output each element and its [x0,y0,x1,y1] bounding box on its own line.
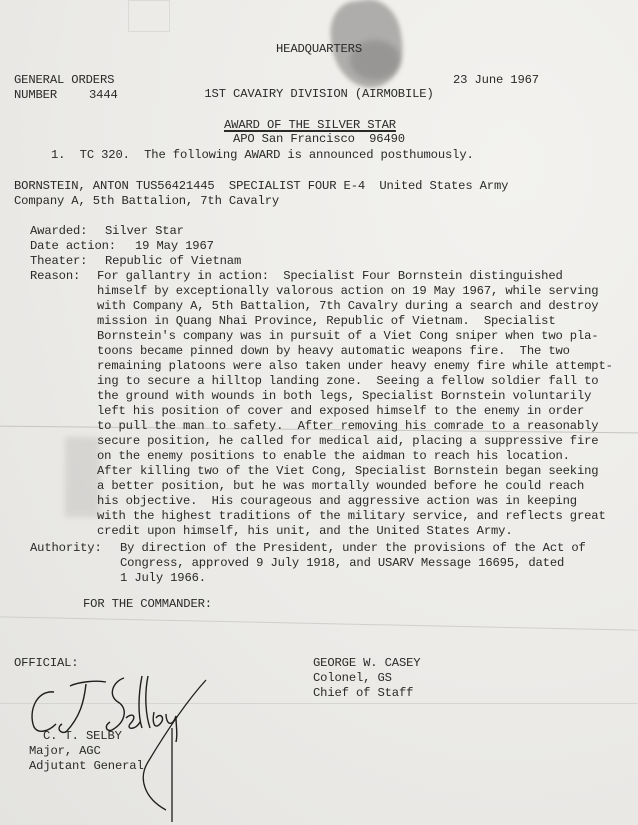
orders-number-label: NUMBER [14,88,57,103]
recipient-line-1: BORNSTEIN, ANTON TUS56421445 SPECIALIST … [14,179,508,194]
authority-line: By direction of the President, under the… [120,541,586,556]
signer-name: GEORGE W. CASEY [313,656,420,671]
scan-shadow [65,437,100,517]
date-action-label: Date action: [30,239,116,254]
reason-line: on the enemy positions to enable the aid… [97,449,613,464]
reason-line: with the highest traditions of the milit… [97,509,613,524]
reason-line: to pull the man to safety. After removin… [97,419,613,434]
reason-line: toons became pinned down by heavy automa… [97,344,613,359]
general-orders-label: GENERAL ORDERS [14,73,114,88]
awarded-value: Silver Star [105,224,184,239]
orders-date: 23 June 1967 [453,73,539,88]
reason-label: Reason: [30,269,80,284]
reason-line: For gallantry in action: Specialist Four… [97,269,613,284]
theater-value: Republic of Vietnam [105,254,241,269]
awarded-label: Awarded: [30,224,87,239]
reason-line: the ground with wounds in both legs, Spe… [97,389,613,404]
reason-line: After killing two of the Viet Cong, Spec… [97,464,613,479]
authority-line: 1 July 1966. [120,571,586,586]
authority-line: Congress, approved 9 July 1918, and USAR… [120,556,586,571]
official-rank: Major, AGC [29,744,101,759]
reason-line: with Company A, 5th Battalion, 7th Caval… [97,299,613,314]
paper-fold [0,616,638,630]
for-the-commander: FOR THE COMMANDER: [83,597,212,612]
recipient-line-2: Company A, 5th Battalion, 7th Cavalry [14,194,279,209]
reason-line: credit upon himself, his unit, and the U… [97,524,613,539]
reason-line: a better position, but he was mortally w… [97,479,613,494]
official-name: C. T. SELBY [43,729,122,744]
reason-line: himself by exceptionally valorous action… [97,284,613,299]
reason-line: Bornstein's company was in pursuit of a … [97,329,613,344]
reason-line: ing to secure a hilltop landing zone. Se… [97,374,613,389]
signer-rank: Colonel, GS [313,671,392,686]
official-label: OFFICIAL: [14,656,78,671]
orders-number: 3444 [89,88,118,103]
authority-label: Authority: [30,541,102,556]
theater-label: Theater: [30,254,87,269]
reason-line: secure position, he called for medical a… [97,434,613,449]
reason-line: remaining platoons were also taken under… [97,359,613,374]
reason-line: mission in Quang Nhai Province, Republic… [97,314,613,329]
letterhead-hq: HEADQUARTERS [0,42,638,57]
document-page: HEADQUARTERS 1ST CAVAIRY DIVISION (AIRMO… [0,0,638,825]
date-action-value: 19 May 1967 [135,239,214,254]
authority-text: By direction of the President, under the… [120,541,586,586]
signer-title: Chief of Staff [313,686,413,701]
award-title: AWARD OF THE SILVER STAR [224,118,396,133]
reason-line: left his position of cover and exposed h… [97,404,613,419]
reason-text: For gallantry in action: Specialist Four… [97,269,613,539]
intro-paragraph: 1. TC 320. The following AWARD is announ… [51,148,474,163]
letterhead-apo: APO San Francisco 96490 [0,132,638,147]
official-title: Adjutant General [29,759,144,774]
reason-line: his objective. His courageous and aggres… [97,494,613,509]
